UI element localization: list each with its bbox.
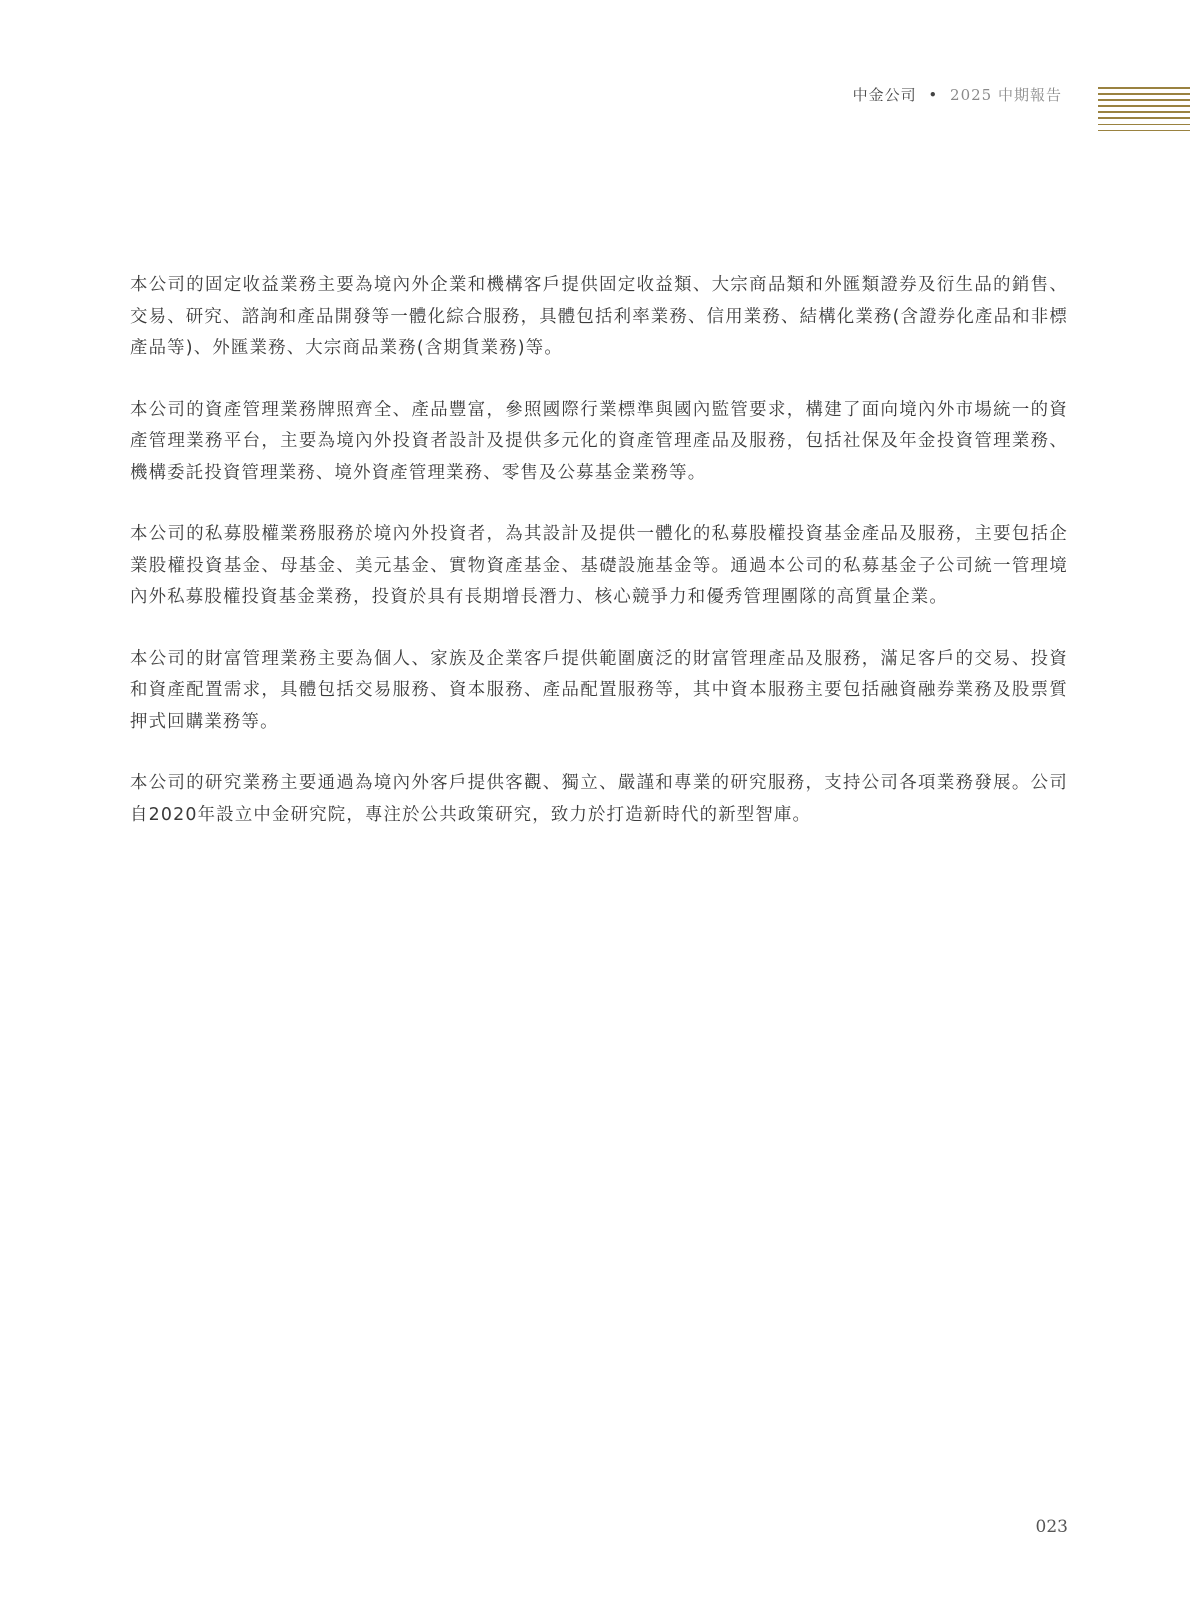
header-stripes-decoration [1098,87,1190,135]
paragraph-wealth-management: 本公司的財富管理業務主要為個人、家族及企業客戶提供範圍廣泛的財富管理產品及服務，… [130,644,1068,739]
running-header: 中金公司 • 2025 中期報告 [853,84,1062,105]
paragraph-asset-management: 本公司的資產管理業務牌照齊全、產品豐富，參照國際行業標準與國內監管要求，構建了面… [130,395,1068,490]
report-title: 2025 中期報告 [950,86,1062,104]
header-separator: • [928,86,938,104]
body-content: 本公司的固定收益業務主要為境內外企業和機構客戶提供固定收益類、大宗商品類和外匯類… [130,270,1068,861]
page-number: 023 [1036,1517,1068,1537]
paragraph-fixed-income: 本公司的固定收益業務主要為境內外企業和機構客戶提供固定收益類、大宗商品類和外匯類… [130,270,1068,365]
paragraph-private-equity: 本公司的私募股權業務服務於境內外投資者，為其設計及提供一體化的私募股權投資基金產… [130,519,1068,614]
paragraph-research: 本公司的研究業務主要通過為境內外客戶提供客觀、獨立、嚴謹和專業的研究服務，支持公… [130,768,1068,831]
company-name: 中金公司 [853,86,917,104]
